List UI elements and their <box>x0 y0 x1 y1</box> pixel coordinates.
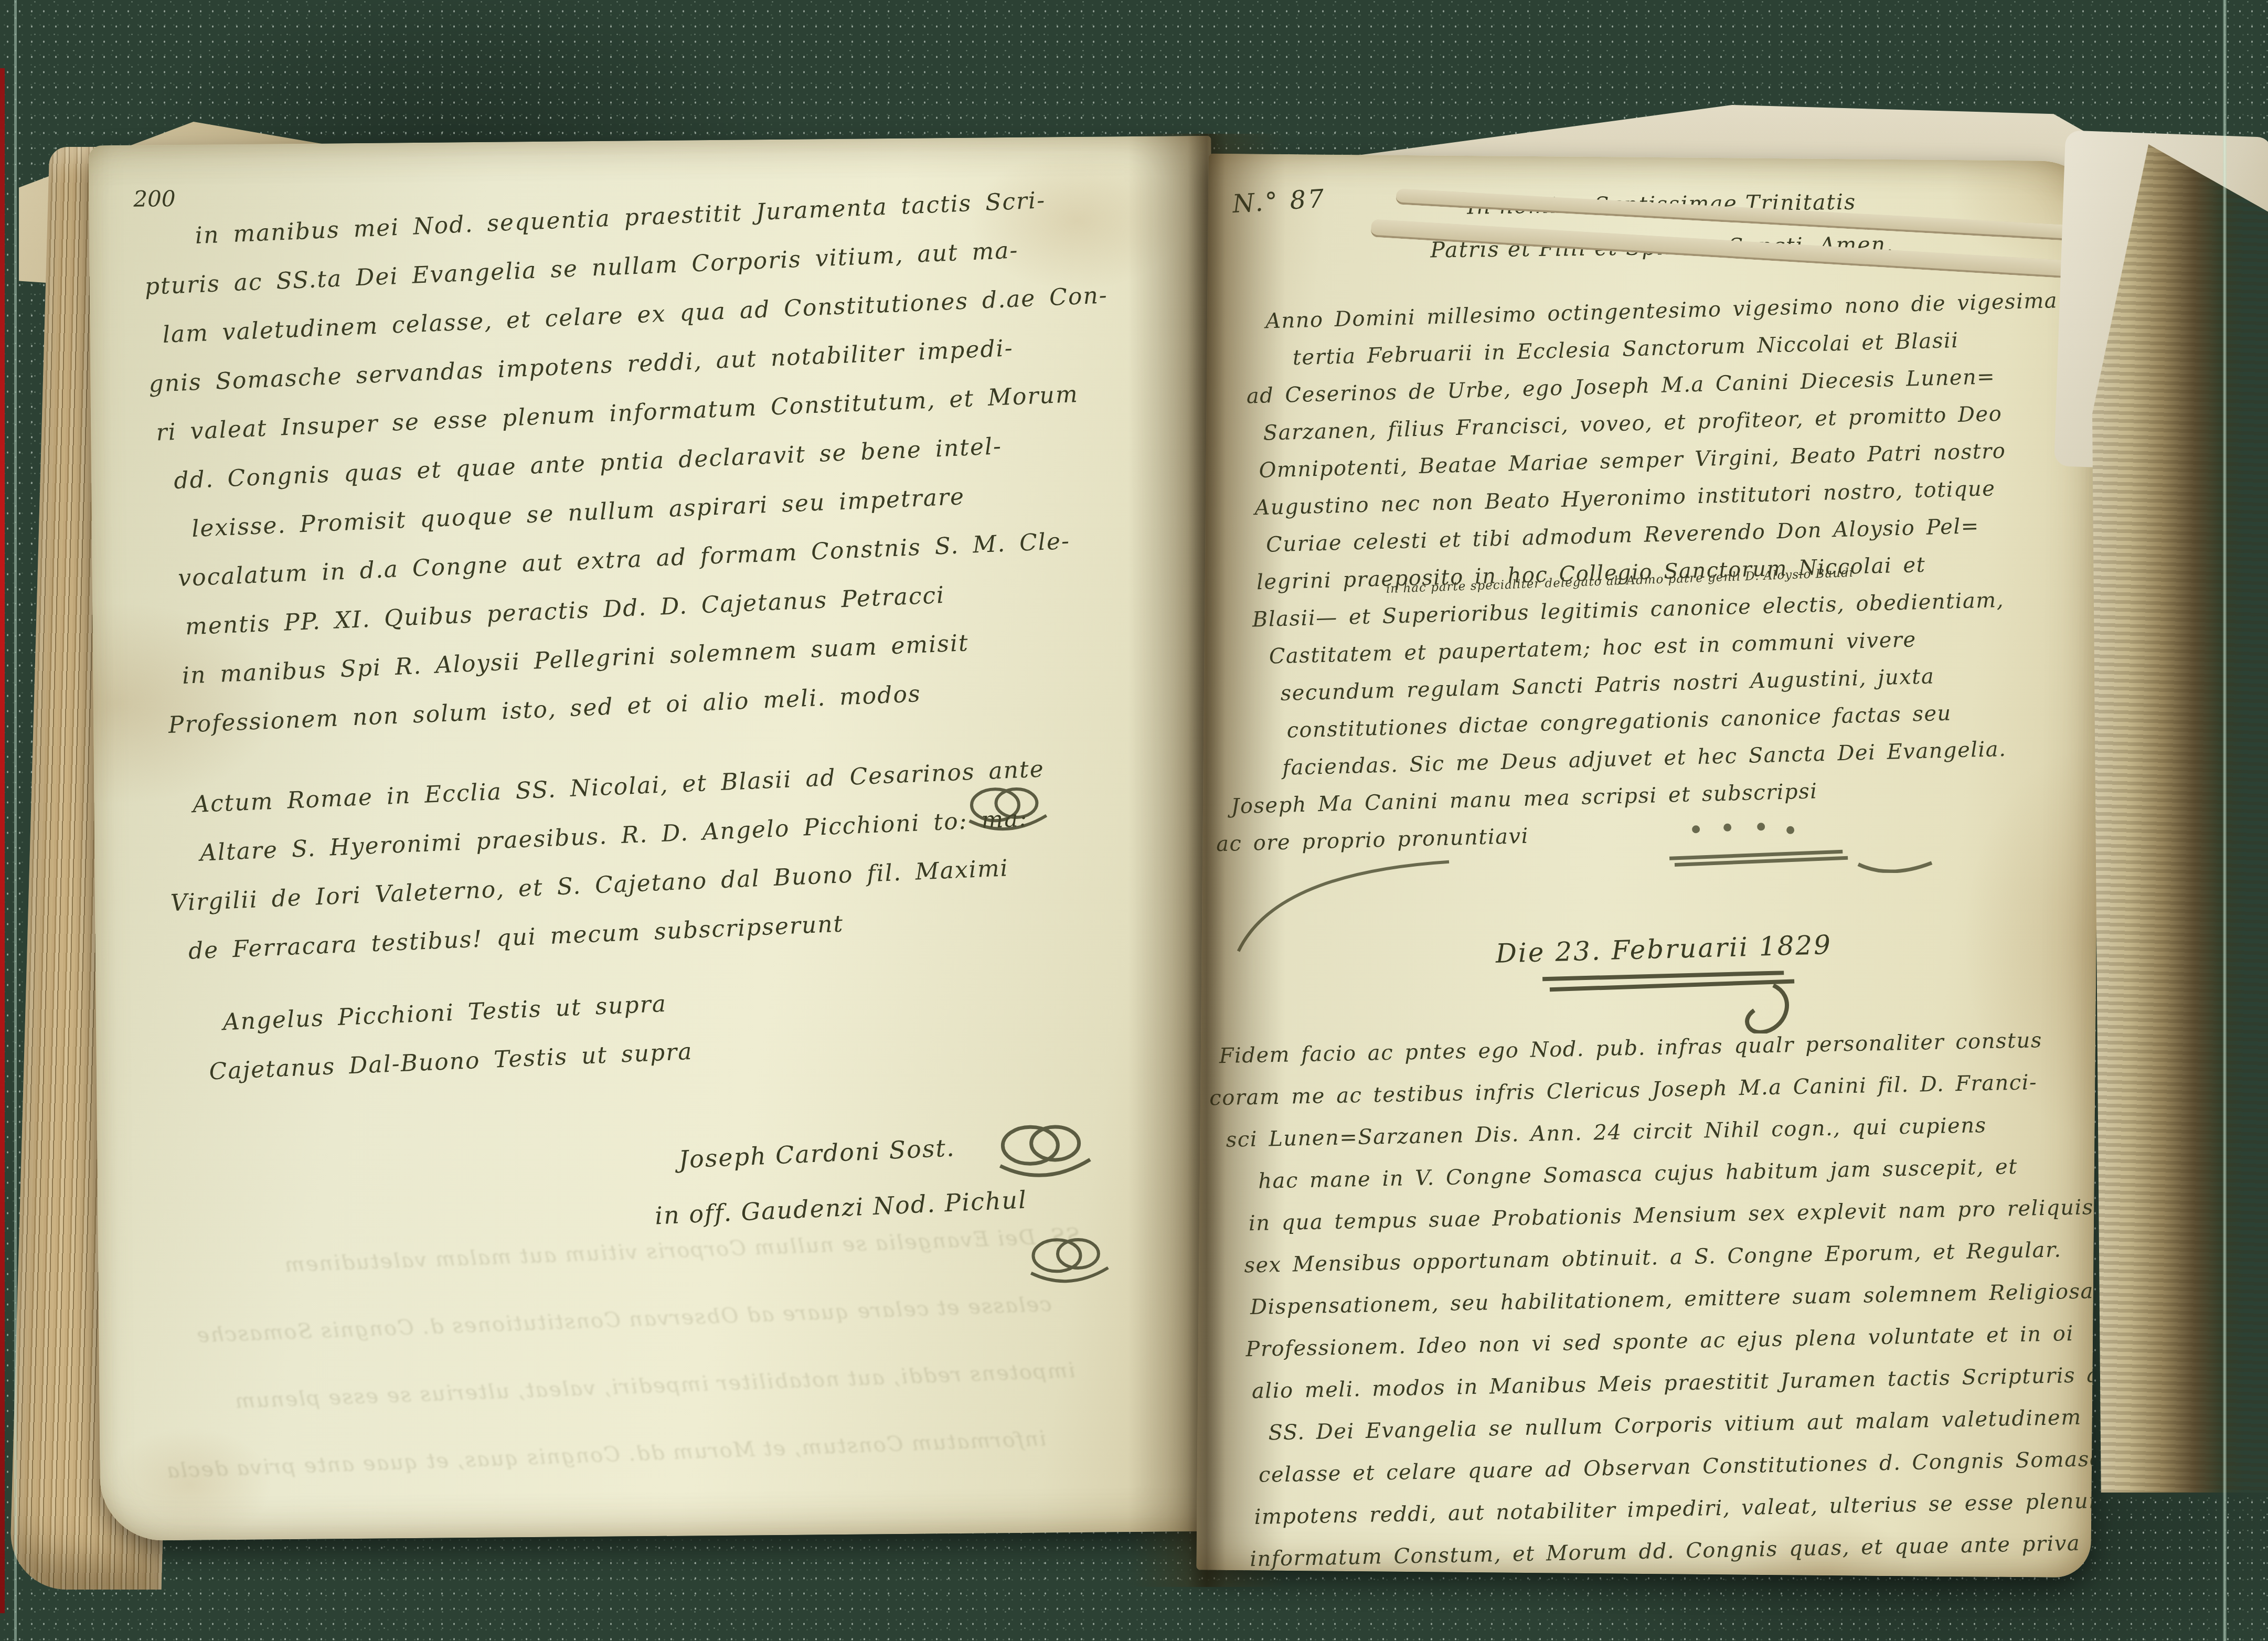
glass-edge-line-right <box>2223 0 2227 1641</box>
right-fore-edge-parchment <box>2092 144 2268 1493</box>
pen-flourish-icon <box>1021 1222 1116 1292</box>
pen-flourish-icon <box>1664 818 1948 873</box>
date-heading: Die 23. Februarii 1829 <box>1495 930 1833 969</box>
red-scan-edge-line <box>0 68 5 1613</box>
page-number-left: 200 <box>133 186 176 212</box>
glass-edge-line-left <box>14 0 17 1641</box>
left-page: 200 in manibus mei Nod. sequentia praest… <box>88 136 1223 1541</box>
scanned-manuscript-photo: 200 in manibus mei Nod. sequentia praest… <box>0 0 2268 1641</box>
pen-flourish-icon <box>989 1107 1100 1187</box>
profession-text-block: Anno Domini millesimo octingentesimo vig… <box>1244 282 2072 862</box>
pen-flourish-icon <box>960 774 1055 838</box>
ink-bleed-through: SS. Dei Evangelia se nullum Corporis vit… <box>157 1202 1089 1505</box>
left-page-text-block: in manibus mei Nod. sequentia praestitit… <box>142 174 1140 1097</box>
date-underline-flourish-icon <box>1537 968 1831 1034</box>
book-gutter-shadow <box>1128 134 1285 1587</box>
attestation-text-block: Fidem facio ac pntes ego Nod. pub. infra… <box>1240 1017 2103 1578</box>
right-page: N.° 87 201. In nomine Santissimae Trinit… <box>1196 154 2103 1578</box>
